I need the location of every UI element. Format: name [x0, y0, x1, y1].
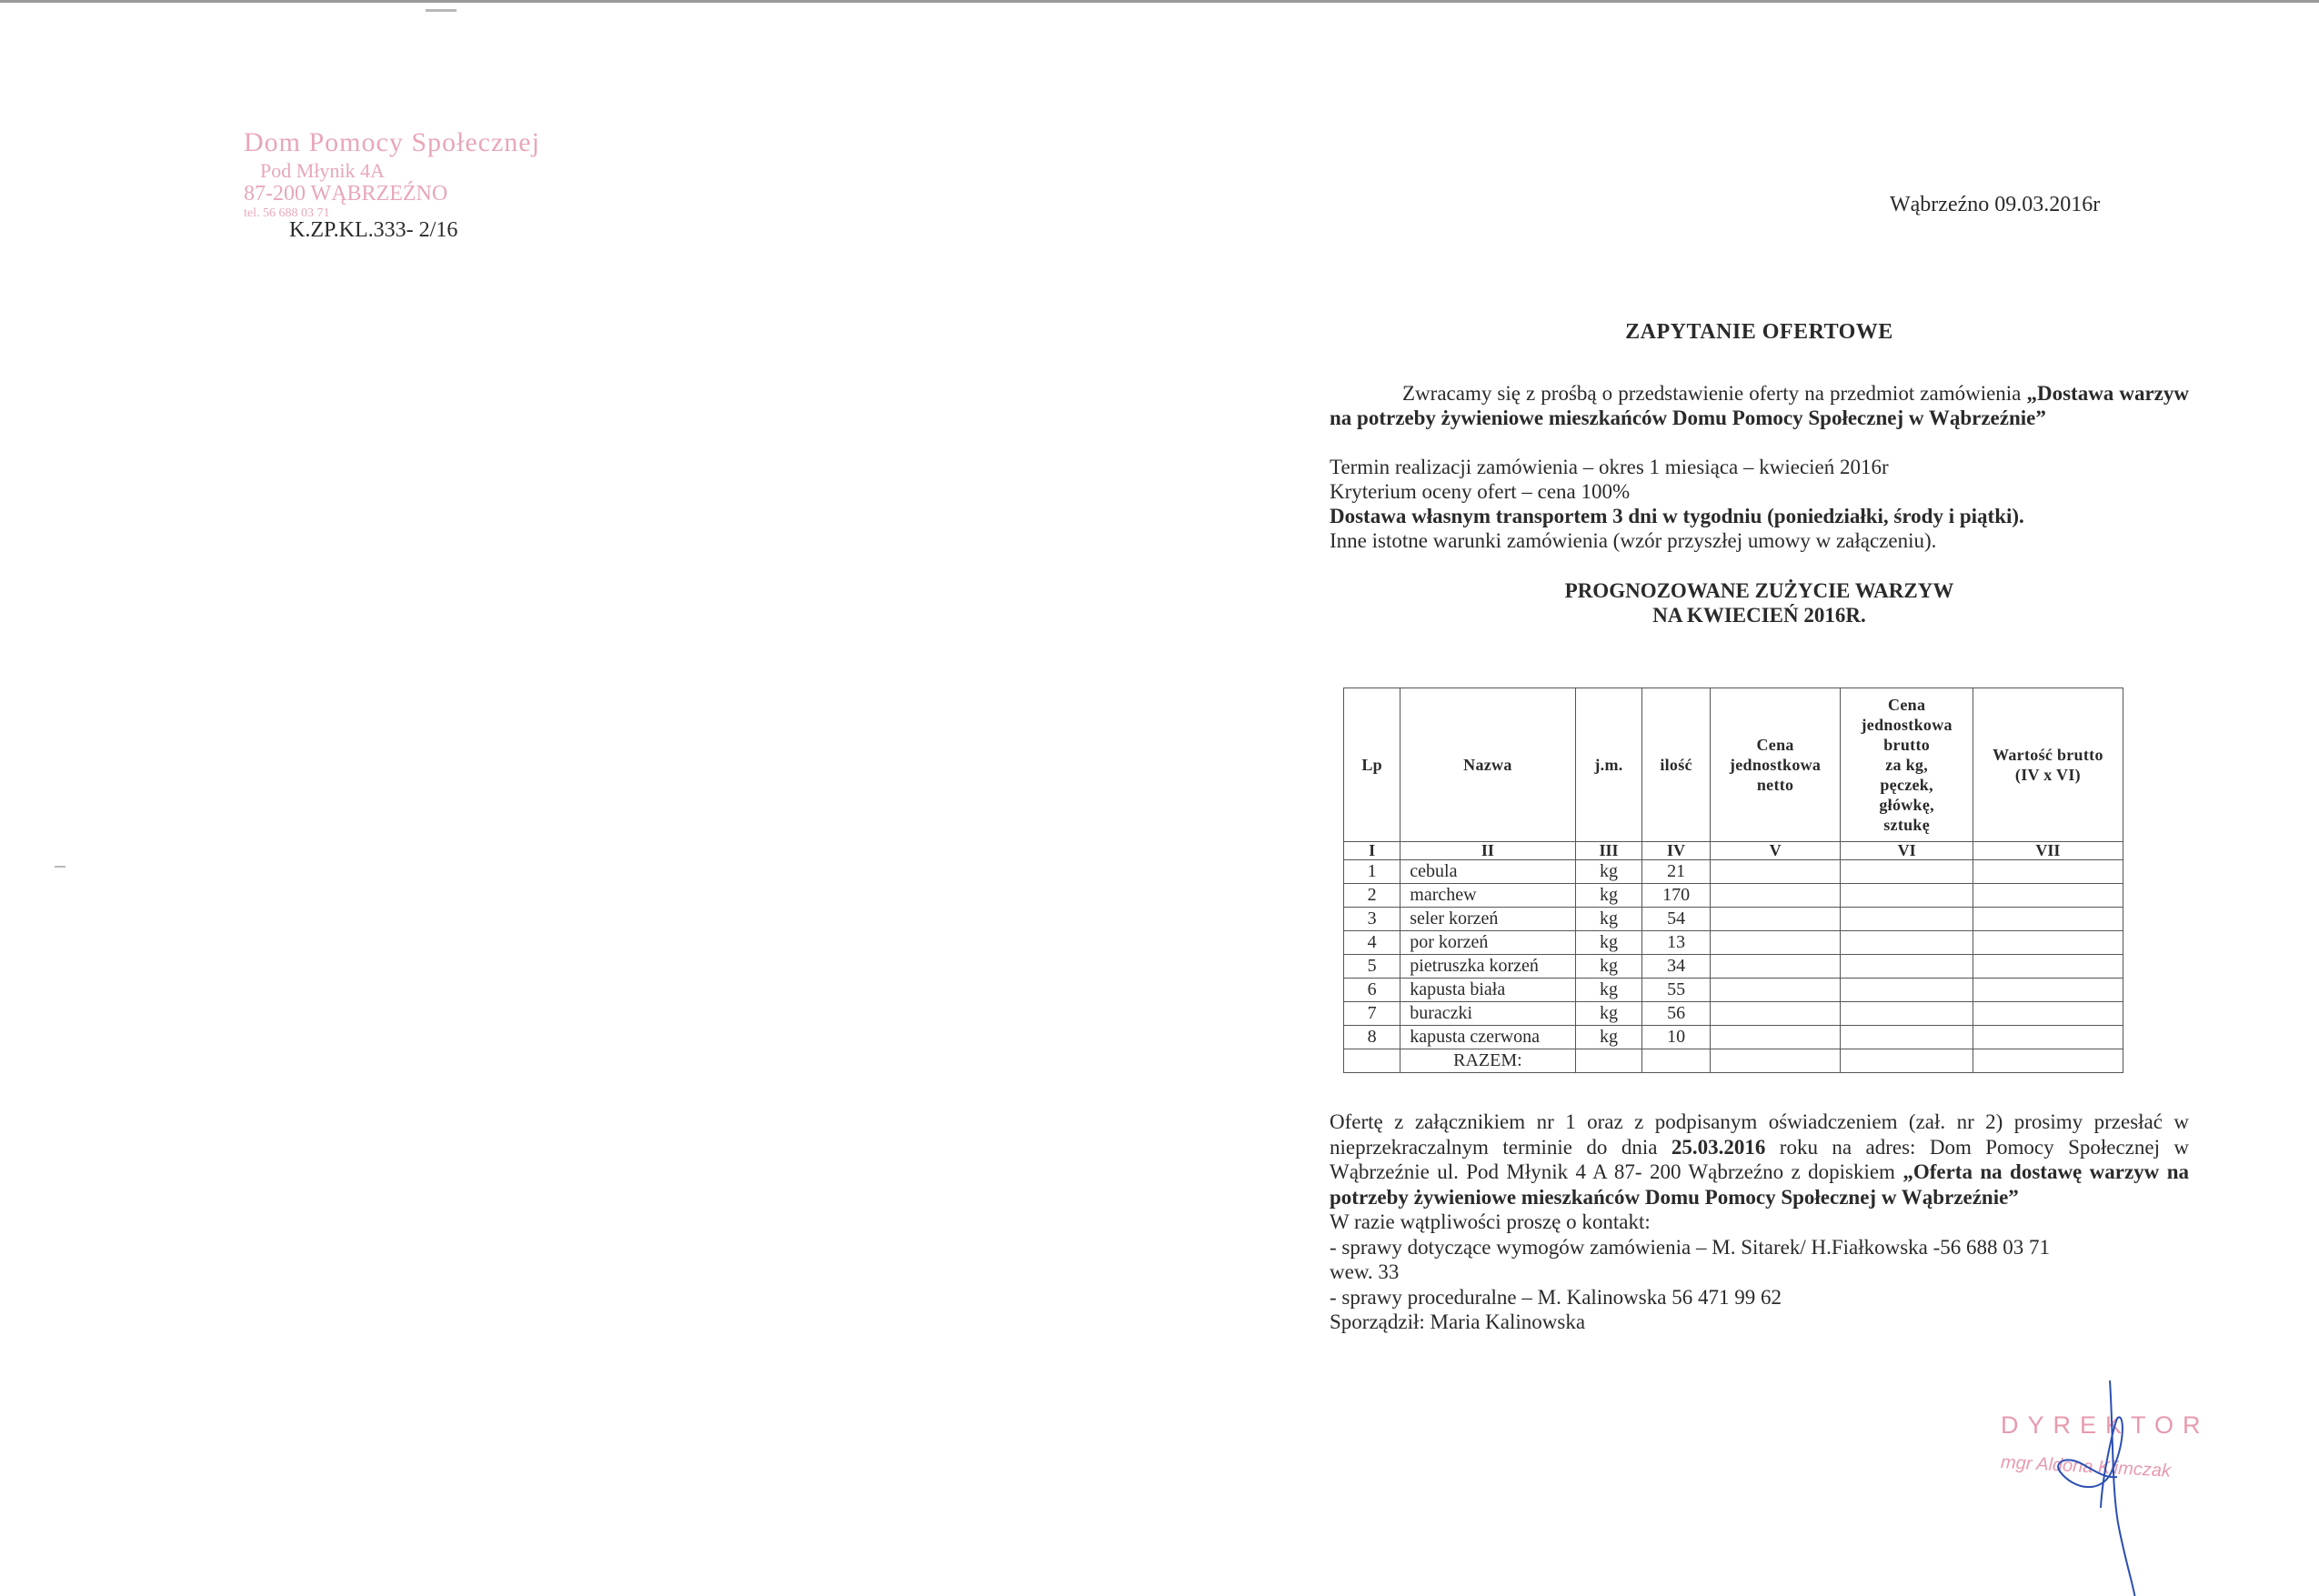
- gross-value-cell: [1973, 1026, 2123, 1049]
- gross-value-cell: [1973, 955, 2123, 979]
- table-row: 4por korzeńkg13: [1344, 931, 2123, 955]
- net-price-cell: [1710, 860, 1841, 884]
- net-price-cell: [1710, 931, 1841, 955]
- prepared-by: Sporządził: Maria Kalinowska: [1330, 1310, 2189, 1335]
- net-price-cell: [1710, 979, 1841, 1002]
- quantity: 170: [1642, 884, 1710, 908]
- table-title-line: NA KWIECIEŃ 2016R.: [1330, 603, 2189, 627]
- net-price-cell: [1710, 884, 1841, 908]
- institution-stamp: Dom Pomocy Społecznej Pod Młynik 4A 87-2…: [244, 127, 540, 221]
- document-body: ZAPYTANIE OFERTOWE Zwracamy się z prośbą…: [1330, 320, 2189, 627]
- unit: kg: [1575, 931, 1642, 955]
- total-cell: [1642, 1049, 1710, 1073]
- total-cell: [1710, 1049, 1841, 1073]
- table-row: 3seler korzeńkg54: [1344, 908, 2123, 931]
- term-line: Termin realizacji zamówienia – okres 1 m…: [1330, 455, 2189, 479]
- gross-value-cell: [1973, 884, 2123, 908]
- item-name: por korzeń: [1400, 931, 1575, 955]
- scan-edge: [0, 0, 2319, 3]
- deadline: 25.03.2016: [1671, 1136, 1766, 1159]
- reference-number: K.ZP.KL.333- 2/16: [289, 218, 457, 243]
- contact-extension: wew. 33: [1330, 1260, 2189, 1285]
- stamp-line: Pod Młynik 4A: [244, 159, 540, 182]
- gross-price-cell: [1841, 979, 1973, 1002]
- submission-instructions: Ofertę z załącznikiem nr 1 oraz z podpis…: [1330, 1109, 2189, 1335]
- net-price-cell: [1710, 1026, 1841, 1049]
- place-and-date: Wąbrzeźno 09.03.2016r: [1890, 193, 2100, 217]
- unit: kg: [1575, 1026, 1642, 1049]
- scan-artifact: [55, 866, 65, 868]
- row-number: 4: [1344, 931, 1400, 955]
- table-row: 2marchewkg170: [1344, 884, 2123, 908]
- quantity: 55: [1642, 979, 1710, 1002]
- header-net-price: Cena jednostkowa netto: [1710, 688, 1841, 842]
- delivery-line: Dostawa własnym transportem 3 dni w tygo…: [1330, 504, 2189, 528]
- unit: kg: [1575, 1002, 1642, 1026]
- item-name: pietruszka korzeń: [1400, 955, 1575, 979]
- unit: kg: [1575, 908, 1642, 931]
- criterion-line: Kryterium oceny ofert – cena 100%: [1330, 479, 2189, 504]
- table-row: 7buraczkikg56: [1344, 1002, 2123, 1026]
- gross-value-cell: [1973, 860, 2123, 884]
- unit: kg: [1575, 979, 1642, 1002]
- row-number: 7: [1344, 1002, 1400, 1026]
- unit: kg: [1575, 955, 1642, 979]
- row-number: 1: [1344, 860, 1400, 884]
- item-name: kapusta biała: [1400, 979, 1575, 1002]
- other-terms-line: Inne istotne warunki zamówienia (wzór pr…: [1330, 528, 2189, 553]
- gross-value-cell: [1973, 1002, 2123, 1026]
- quantity: 54: [1642, 908, 1710, 931]
- item-name: kapusta czerwona: [1400, 1026, 1575, 1049]
- total-cell: [1575, 1049, 1642, 1073]
- table-title-line: PROGNOZOWANE ZUŻYCIE WARZYW: [1330, 578, 2189, 603]
- gross-price-cell: [1841, 955, 1973, 979]
- table-row: 6kapusta białakg55: [1344, 979, 2123, 1002]
- contact-procedural: - sprawy proceduralne – M. Kalinowska 56…: [1330, 1285, 2189, 1310]
- total-cell: [1344, 1049, 1400, 1073]
- stamp-line: Dom Pomocy Społecznej: [244, 127, 540, 159]
- column-number-row: I II III IV V VI VII: [1344, 842, 2123, 860]
- scan-artifact: [426, 9, 457, 12]
- unit: kg: [1575, 860, 1642, 884]
- row-number: 3: [1344, 908, 1400, 931]
- header-unit: j.m.: [1575, 688, 1642, 842]
- item-name: cebula: [1400, 860, 1575, 884]
- total-cell: [1841, 1049, 1973, 1073]
- contact-requirements: - sprawy dotyczące wymogów zamówienia – …: [1330, 1235, 2189, 1260]
- total-cell: [1973, 1049, 2123, 1073]
- gross-price-cell: [1841, 1026, 1973, 1049]
- document-title: ZAPYTANIE OFERTOWE: [1330, 320, 2189, 345]
- header-lp: Lp: [1344, 688, 1400, 842]
- net-price-cell: [1710, 955, 1841, 979]
- header-gross-price: Cena jednostkowa brutto za kg, pęczek, g…: [1841, 688, 1973, 842]
- quantity: 13: [1642, 931, 1710, 955]
- unit: kg: [1575, 884, 1642, 908]
- quantity: 56: [1642, 1002, 1710, 1026]
- total-label: RAZEM:: [1400, 1049, 1575, 1073]
- gross-value-cell: [1973, 979, 2123, 1002]
- header-gross-value: Wartość brutto (IV x VI): [1973, 688, 2123, 842]
- gross-price-cell: [1841, 884, 1973, 908]
- item-name: seler korzeń: [1400, 908, 1575, 931]
- row-number: 2: [1344, 884, 1400, 908]
- table-row: 1cebulakg21: [1344, 860, 2123, 884]
- net-price-cell: [1710, 1002, 1841, 1026]
- gross-price-cell: [1841, 908, 1973, 931]
- header-qty: ilość: [1642, 688, 1710, 842]
- stamp-line: 87-200 WĄBRZEŹNO: [244, 182, 540, 207]
- net-price-cell: [1710, 908, 1841, 931]
- gross-value-cell: [1973, 931, 2123, 955]
- quantity: 34: [1642, 955, 1710, 979]
- item-name: buraczki: [1400, 1002, 1575, 1026]
- gross-price-cell: [1841, 860, 1973, 884]
- quantity: 21: [1642, 860, 1710, 884]
- row-number: 6: [1344, 979, 1400, 1002]
- quantity: 10: [1642, 1026, 1710, 1049]
- row-number: 8: [1344, 1026, 1400, 1049]
- gross-value-cell: [1973, 908, 2123, 931]
- offer-paragraph: Ofertę z załącznikiem nr 1 oraz z podpis…: [1330, 1109, 2189, 1210]
- header-name: Nazwa: [1400, 688, 1575, 842]
- table-row: 8kapusta czerwonakg10: [1344, 1026, 2123, 1049]
- gross-price-cell: [1841, 931, 1973, 955]
- total-row: RAZEM:: [1344, 1049, 2123, 1073]
- gross-price-cell: [1841, 1002, 1973, 1026]
- row-number: 5: [1344, 955, 1400, 979]
- table-title: PROGNOZOWANE ZUŻYCIE WARZYW NA KWIECIEŃ …: [1330, 578, 2189, 627]
- contact-intro: W razie wątpliwości proszę o kontakt:: [1330, 1210, 2189, 1235]
- signature-icon: [2019, 1364, 2164, 1596]
- item-name: marchew: [1400, 884, 1575, 908]
- intro-paragraph: Zwracamy się z prośbą o przedstawienie o…: [1330, 381, 2189, 430]
- vegetable-consumption-table: Lp Nazwa j.m. ilość Cena jednostkowa net…: [1343, 688, 2123, 1073]
- table-row: 5pietruszka korzeńkg34: [1344, 955, 2123, 979]
- intro-text: Zwracamy się z prośbą o przedstawienie o…: [1402, 382, 2021, 405]
